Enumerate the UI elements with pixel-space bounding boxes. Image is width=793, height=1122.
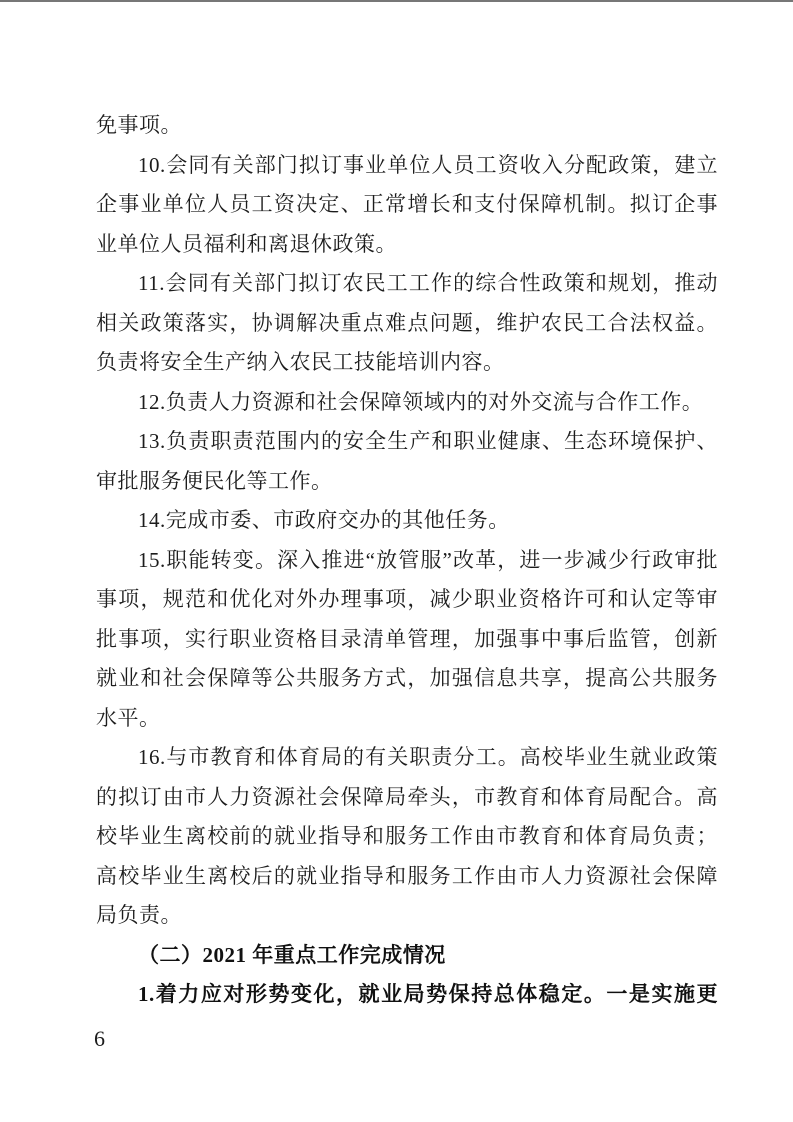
text-line: 的拟订由市人力资源社会保障局牵头，市教育和体育局配合。高 xyxy=(96,778,718,818)
text-line: 批事项，实行职业资格目录清单管理，加强事中事后监管，创新 xyxy=(96,620,718,660)
text-line: 10.会同有关部门拟订事业单位人员工资收入分配政策，建立 xyxy=(96,146,718,186)
text-line: 审批服务便民化等工作。 xyxy=(96,462,718,502)
text-line: 负责将安全生产纳入农民工技能培训内容。 xyxy=(96,343,718,383)
section-heading: （二）2021 年重点工作完成情况 xyxy=(96,936,718,976)
text-line: 16.与市教育和体育局的有关职责分工。高校毕业生就业政策 xyxy=(96,738,718,778)
document-page: 免事项。 10.会同有关部门拟订事业单位人员工资收入分配政策，建立 企事业单位人… xyxy=(0,0,793,1122)
text-line: 事项，规范和优化对外办理事项，减少职业资格许可和认定等审 xyxy=(96,580,718,620)
document-body: 免事项。 10.会同有关部门拟订事业单位人员工资收入分配政策，建立 企事业单位人… xyxy=(96,106,718,1015)
emphasis-paragraph-line: 1.着力应对形势变化，就业局势保持总体稳定。一是实施更 xyxy=(96,975,718,1015)
text-line: 12.负责人力资源和社会保障领域内的对外交流与合作工作。 xyxy=(96,383,718,423)
text-line: 高校毕业生离校后的就业指导和服务工作由市人力资源社会保障 xyxy=(96,857,718,897)
text-line: 免事项。 xyxy=(96,106,718,146)
text-line: 业单位人员福利和离退休政策。 xyxy=(96,225,718,265)
text-line: 14.完成市委、市政府交办的其他任务。 xyxy=(96,501,718,541)
text-line: 水平。 xyxy=(96,699,718,739)
text-line: 校毕业生离校前的就业指导和服务工作由市教育和体育局负责； xyxy=(96,817,718,857)
text-line: 13.负责职责范围内的安全生产和职业健康、生态环境保护、 xyxy=(96,422,718,462)
text-line: 15.职能转变。深入推进“放管服”改革，进一步减少行政审批 xyxy=(96,541,718,581)
page-number: 6 xyxy=(94,1024,105,1054)
text-line: 相关政策落实，协调解决重点难点问题，维护农民工合法权益。 xyxy=(96,304,718,344)
text-line: 就业和社会保障等公共服务方式，加强信息共享，提高公共服务 xyxy=(96,659,718,699)
text-line: 局负责。 xyxy=(96,896,718,936)
text-line: 11.会同有关部门拟订农民工工作的综合性政策和规划，推动 xyxy=(96,264,718,304)
text-line: 企事业单位人员工资决定、正常增长和支付保障机制。拟订企事 xyxy=(96,185,718,225)
